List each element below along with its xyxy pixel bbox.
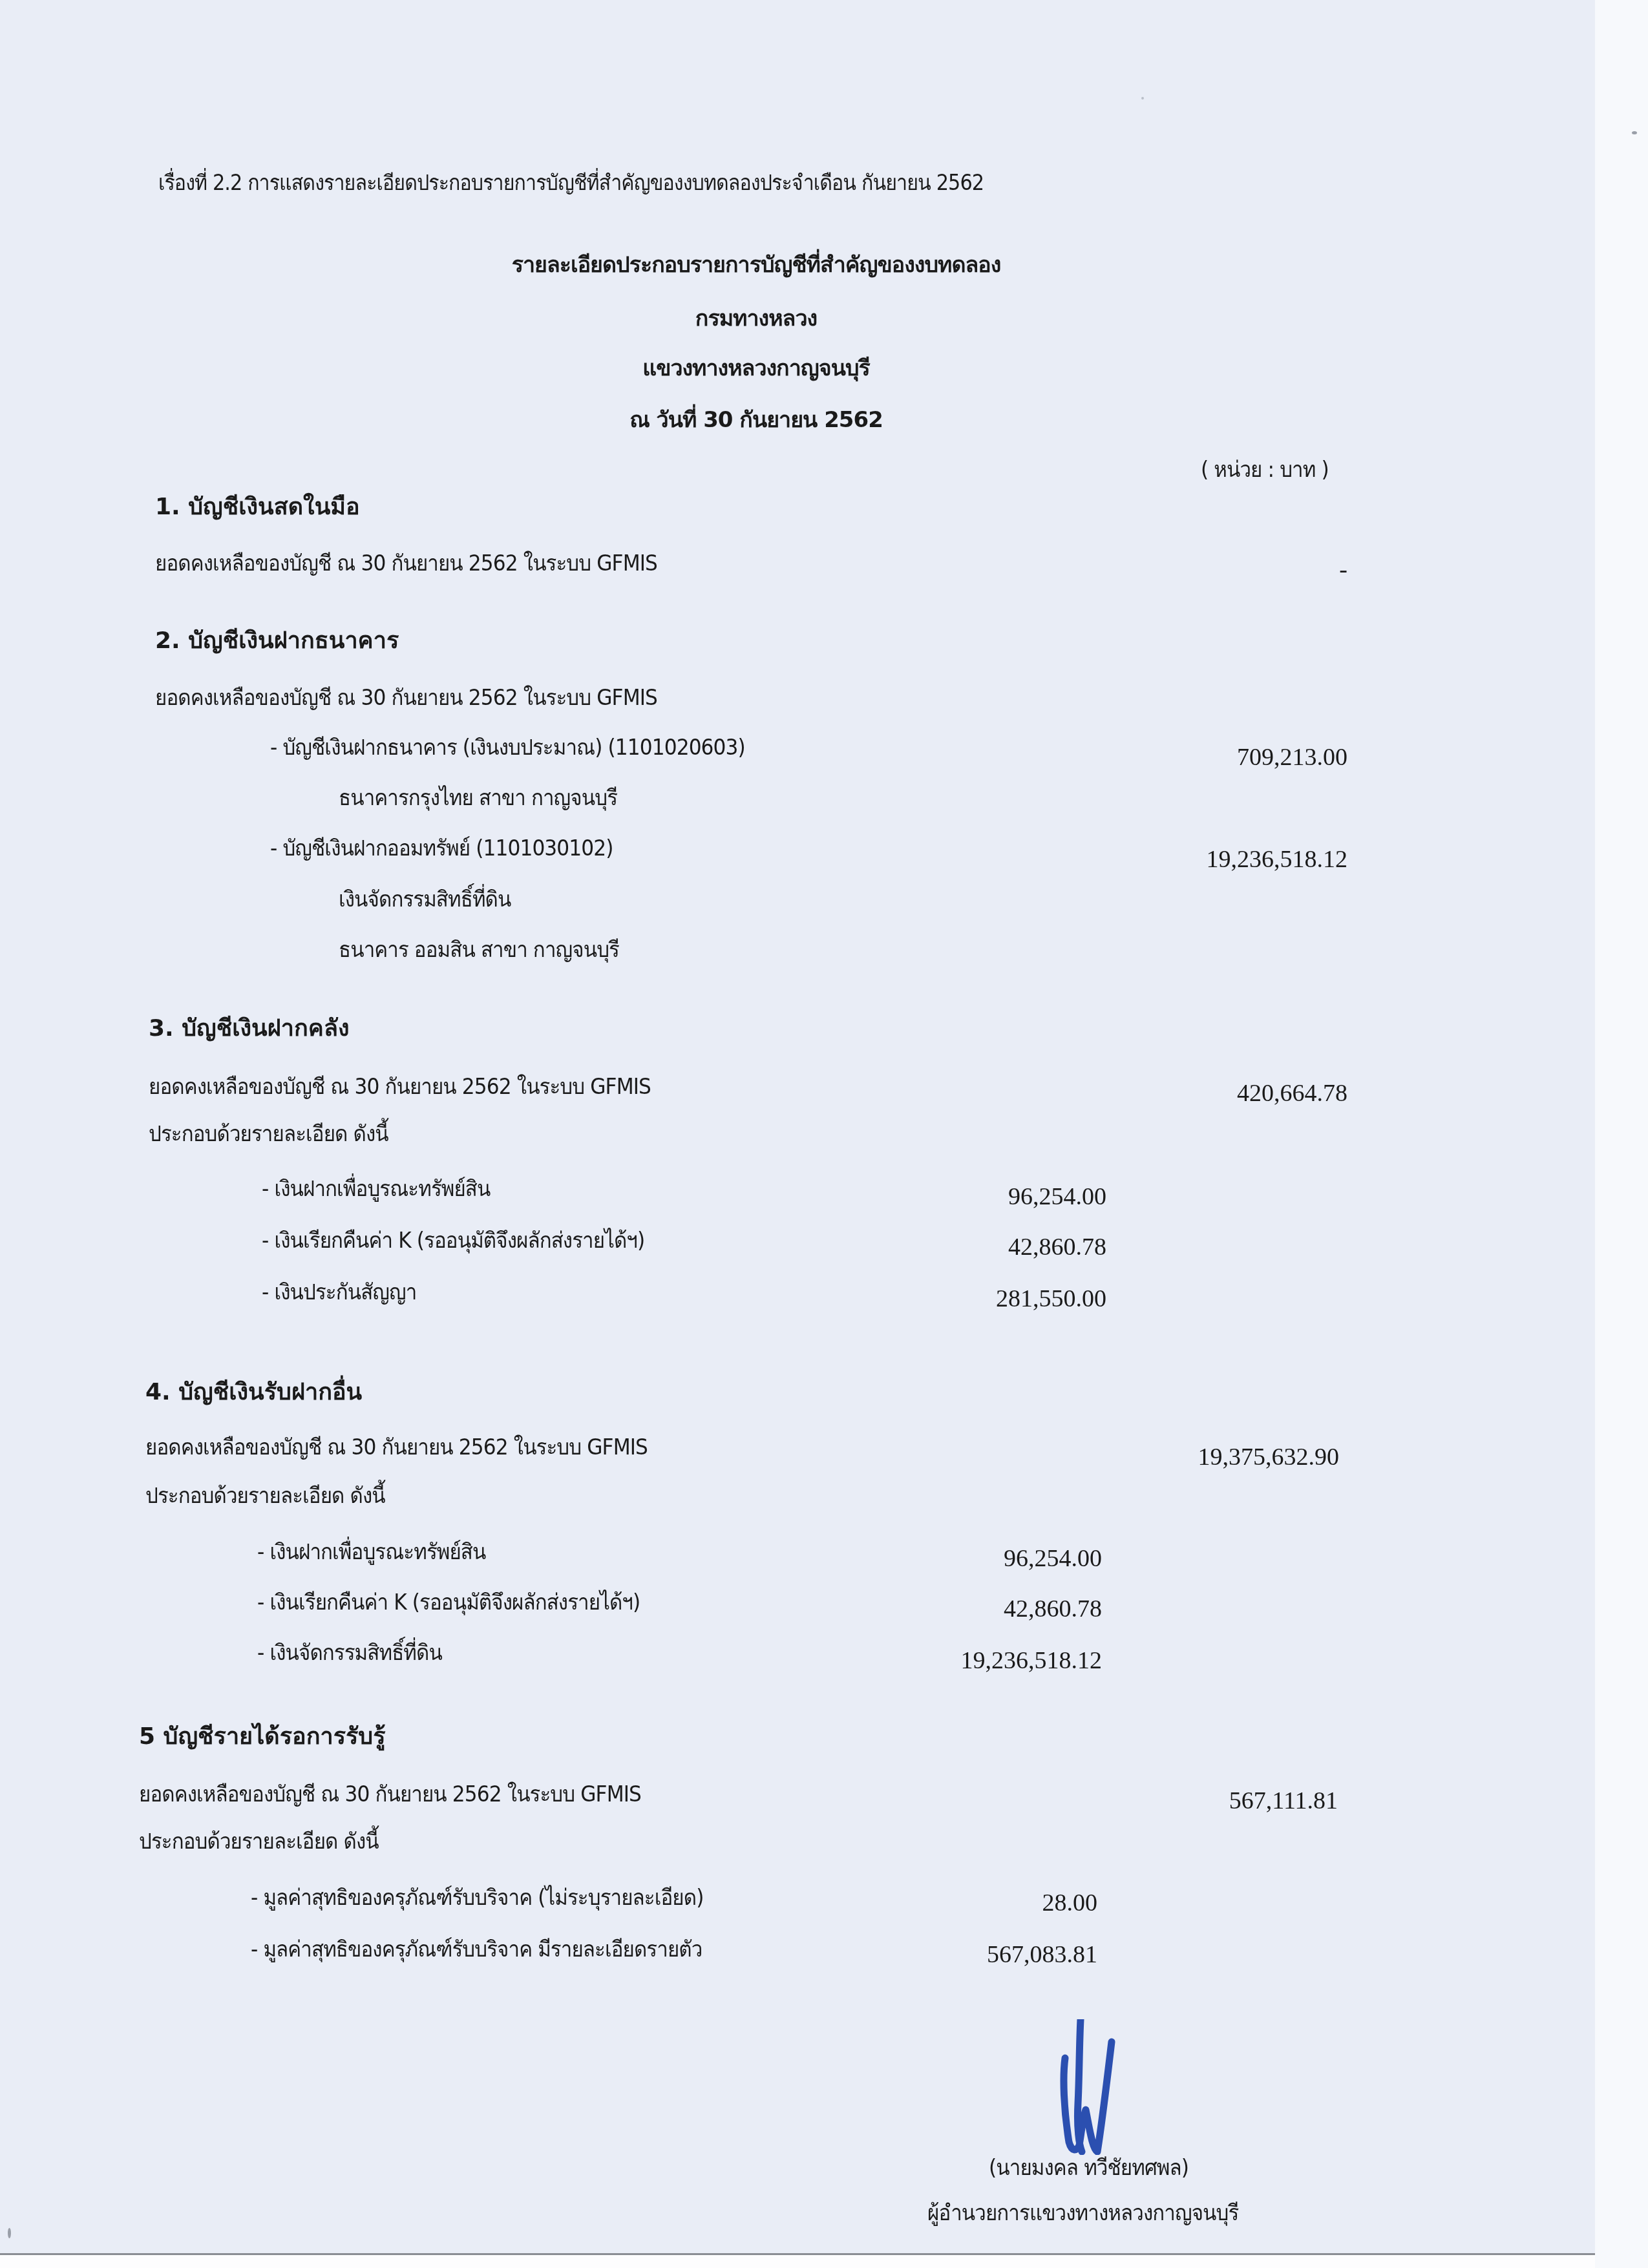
report-title: รายละเอียดประกอบรายการบัญชีที่สำคัญของงบ… [0, 254, 1512, 276]
section-3-total: 420,664.78 [1237, 1081, 1347, 1106]
section-2-balance-line: ยอดคงเหลือของบัญชี ณ 30 กันยายน 2562 ในร… [155, 687, 657, 709]
section-2-account-2-amount: 19,236,518.12 [1207, 847, 1348, 872]
section-2-account-2-label: - บัญชีเงินฝากออมทรัพย์ (1101030102) [270, 837, 613, 859]
section-3-heading: 3. บัญชีเงินฝากคลัง [149, 1017, 350, 1040]
document-subject-line: เรื่องที่ 2.2 การแสดงรายละเอียดประกอบราย… [158, 172, 984, 193]
scan-edge [1595, 0, 1648, 2268]
section-4-item-1-amount: 96,254.00 [1004, 1546, 1102, 1571]
handwritten-signature [1060, 2019, 1118, 2155]
section-4-item-3-amount: 19,236,518.12 [961, 1648, 1103, 1673]
section-5-item-1-label: - มูลค่าสุทธิของครุภัณฑ์รับบริจาค (ไม่ระ… [251, 1887, 703, 1909]
section-5-item-2-label: - มูลค่าสุทธิของครุภัณฑ์รับบริจาค มีรายล… [251, 1938, 702, 1960]
section-3-item-3-amount: 281,550.00 [996, 1286, 1106, 1311]
section-5-item-1-amount: 28.00 [1042, 1891, 1098, 1915]
section-4-item-3-label: - เงินจัดกรรมสิทธิ์ที่ดิน [257, 1642, 442, 1664]
section-5-heading: 5 บัญชีรายได้รอการรับรู้ [139, 1725, 386, 1748]
section-3-item-3-label: - เงินประกันสัญญา [262, 1281, 416, 1303]
section-1-total: - [1339, 558, 1347, 582]
section-3-balance-line: ยอดคงเหลือของบัญชี ณ 30 กันยายน 2562 ในร… [149, 1076, 651, 1098]
scan-speck [8, 2228, 11, 2238]
section-3-item-2-label: - เงินเรียกคืนค่า K (รออนุมัติจึงผลักส่ง… [262, 1230, 644, 1252]
unit-label: ( หน่วย : บาท ) [1201, 459, 1329, 481]
district-office-name: แขวงทางหลวงกาญจนบุรี [0, 357, 1512, 379]
section-1-heading: 1. บัญชีเงินสดในมือ [155, 496, 360, 519]
signatory-position: ผู้อำนวยการแขวงทางหลวงกาญจนบุรี [927, 2202, 1238, 2224]
section-2-account-1-bank: ธนาคารกรุงไทย สาขา กาญจนบุรี [339, 787, 617, 809]
section-5-total: 567,111.81 [1229, 1789, 1338, 1813]
section-3-item-1-amount: 96,254.00 [1008, 1184, 1106, 1209]
section-4-item-2-amount: 42,860.78 [1004, 1597, 1102, 1621]
scan-speck [1632, 131, 1637, 134]
section-4-item-1-label: - เงินฝากเพื่อบูรณะทรัพย์สิน [257, 1541, 486, 1563]
section-4-heading: 4. บัญชีเงินรับฝากอื่น [145, 1381, 362, 1404]
report-date: ณ วันที่ 30 กันยายน 2562 [0, 409, 1512, 431]
section-5-item-2-amount: 567,083.81 [987, 1942, 1097, 1967]
section-4-detail-line: ประกอบด้วยรายละเอียด ดังนี้ [145, 1485, 385, 1507]
section-4-balance-line: ยอดคงเหลือของบัญชี ณ 30 กันยายน 2562 ในร… [145, 1436, 648, 1458]
department-name: กรมทางหลวง [0, 308, 1512, 330]
signatory-name: (นายมงคล ทวีชัยทศพล) [989, 2157, 1188, 2179]
section-3-detail-line: ประกอบด้วยรายละเอียด ดังนี้ [149, 1123, 388, 1145]
scan-speck [1141, 97, 1144, 100]
section-2-account-2-bank: ธนาคาร ออมสิน สาขา กาญจนบุรี [339, 939, 619, 961]
section-3-item-1-label: - เงินฝากเพื่อบูรณะทรัพย์สิน [262, 1178, 491, 1200]
section-4-total: 19,375,632.90 [1198, 1445, 1340, 1469]
section-1-balance-line: ยอดคงเหลือของบัญชี ณ 30 กันยายน 2562 ในร… [155, 552, 657, 574]
section-4-item-2-label: - เงินเรียกคืนค่า K (รออนุมัติจึงผลักส่ง… [257, 1591, 640, 1613]
section-5-balance-line: ยอดคงเหลือของบัญชี ณ 30 กันยายน 2562 ในร… [139, 1783, 641, 1805]
section-3-item-2-amount: 42,860.78 [1008, 1235, 1106, 1259]
section-2-account-2-purpose: เงินจัดกรรมสิทธิ์ที่ดิน [339, 888, 511, 910]
section-5-detail-line: ประกอบด้วยรายละเอียด ดังนี้ [139, 1831, 379, 1853]
section-2-account-1-amount: 709,213.00 [1237, 745, 1347, 770]
section-2-heading: 2. บัญชีเงินฝากธนาคาร [155, 629, 399, 653]
section-2-account-1-label: - บัญชีเงินฝากธนาคาร (เงินงบประมาณ) (110… [270, 737, 745, 759]
